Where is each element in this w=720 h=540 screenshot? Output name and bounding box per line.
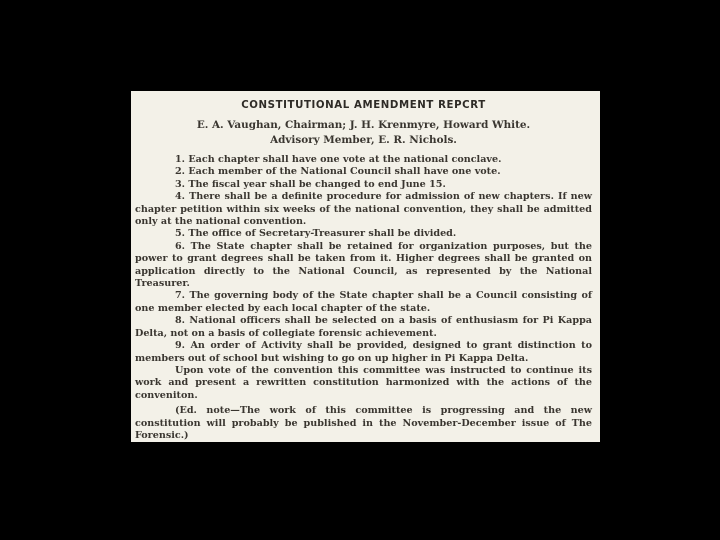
editor-note: (Ed. note—The work of this committee is … — [135, 405, 592, 442]
amendment-item-8: 8. National officers shall be selected o… — [135, 315, 592, 340]
amendment-item-2: 2. Each member of the National Council s… — [135, 166, 592, 178]
amendment-item-4: 4. There shall be a definite procedure f… — [135, 191, 592, 228]
amendment-item-3: 3. The fiscal year shall be changed to e… — [135, 179, 592, 191]
amendment-item-6: 6. The State chapter shall be retained f… — [135, 241, 592, 291]
committee-members-line: E. A. Vaughan, Chairman; J. H. Krenmyre,… — [135, 118, 592, 133]
report-body: 1. Each chapter shall have one vote at t… — [135, 154, 592, 442]
document-page: CONSTITUTIONAL AMENDMENT REPCRT E. A. Va… — [131, 91, 600, 442]
amendment-item-5: 5. The office of Secretary-Treasurer sha… — [135, 228, 592, 240]
amendment-item-1: 1. Each chapter shall have one vote at t… — [135, 154, 592, 166]
advisory-member-line: Advisory Member, E. R. Nichols. — [135, 133, 592, 148]
committee-members: E. A. Vaughan, Chairman; J. H. Krenmyre,… — [135, 118, 592, 148]
amendment-item-9: 9. An order of Activity shall be provide… — [135, 340, 592, 365]
report-title: CONSTITUTIONAL AMENDMENT REPCRT — [135, 100, 592, 111]
closing-paragraph: Upon vote of the convention this committ… — [135, 365, 592, 402]
amendment-item-7: 7. The governing body of the State chapt… — [135, 290, 592, 315]
